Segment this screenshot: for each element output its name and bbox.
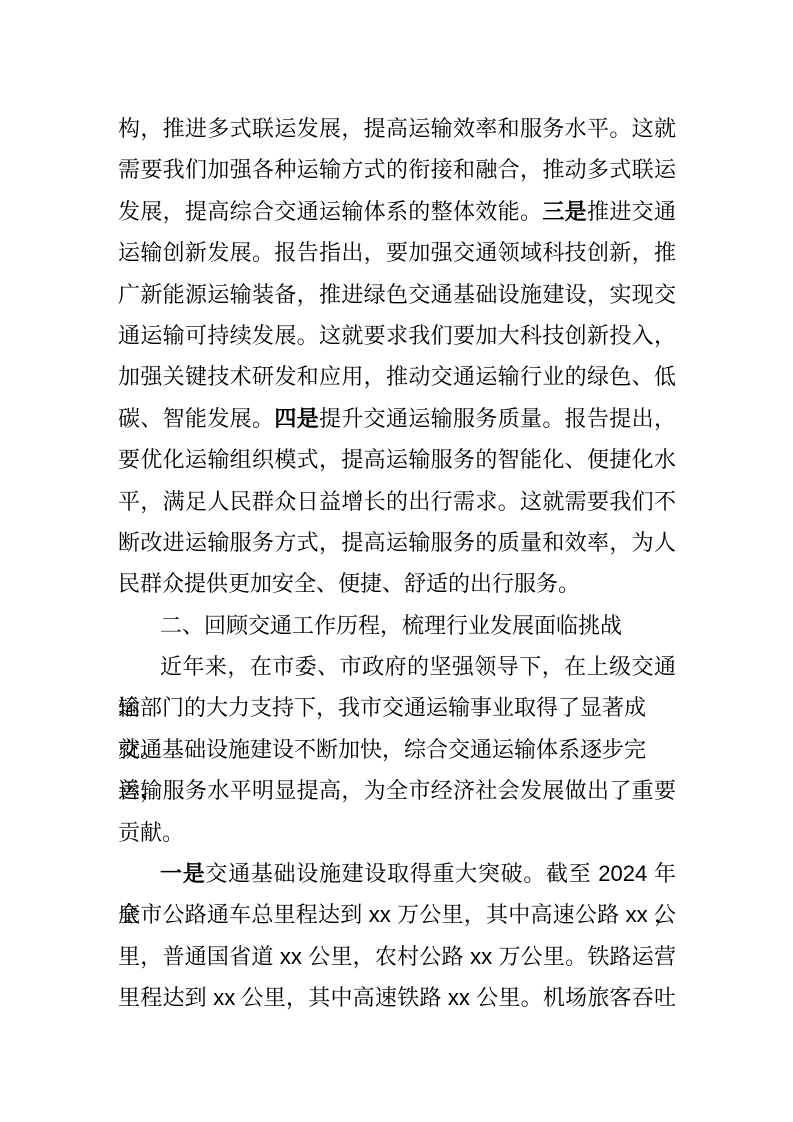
text-line: 平，满足人民群众日益增长的出行需求。这就需要我们不 <box>118 481 676 522</box>
text-run: 运输创新发展。报告指出，要加强交通领域科技创新，推 <box>118 240 676 265</box>
text-line: 交通基础设施建设不断加快，综合交通运输体系逐步完善， <box>118 729 676 770</box>
text-line: 民群众提供更加安全、便捷、舒适的出行服务。 <box>118 563 676 604</box>
text-run: 民群众提供更加安全、便捷、舒适的出行服务。 <box>118 571 580 596</box>
text-line: 贡献。 <box>118 812 676 853</box>
text-run: 发展，提高综合交通运输体系的整体效能。 <box>118 199 542 224</box>
text-line: 输部门的大力支持下，我市交通运输事业取得了显著成就。 <box>118 687 676 728</box>
text-line: 需要我们加强各种运输方式的衔接和融合，推动多式联运 <box>118 149 676 190</box>
text-line: 广新能源运输装备，推进绿色交通基础设施建设，实现交 <box>118 274 676 315</box>
text-run: 断改进运输服务方式，提高运输服务的质量和效率，为人 <box>118 530 676 555</box>
text-run: 贡献。 <box>118 820 184 845</box>
text-line: 一是交通基础设施建设取得重大突破。截至 2024 年底， <box>118 853 676 894</box>
text-run: 提升交通运输服务质量。报告提出， <box>319 406 676 431</box>
text-run: 里程达到 xx 公里，其中高速铁路 xx 公里。机场旅客吞吐 <box>118 985 676 1010</box>
document-body: 构，推进多式联运发展，提高运输效率和服务水平。这就需要我们加强各种运输方式的衔接… <box>118 108 676 1019</box>
text-run: 构，推进多式联运发展，提高运输效率和服务水平。这就 <box>118 116 676 141</box>
text-run: 运输服务水平明显提高，为全市经济社会发展做出了重要 <box>118 778 676 803</box>
text-run: 要优化运输组织模式，提高运输服务的智能化、便捷化水 <box>118 447 676 472</box>
text-line: 近年来，在市委、市政府的坚强领导下，在上级交通运 <box>118 646 676 687</box>
text-run: 二、回顾交通工作历程，梳理行业发展面临挑战 <box>160 613 622 638</box>
text-run: 加强关键技术研发和应用，推动交通运输行业的绿色、低 <box>118 364 676 389</box>
text-line: 运输服务水平明显提高，为全市经济社会发展做出了重要 <box>118 770 676 811</box>
bold-text-run: 四是 <box>274 406 319 431</box>
text-line: 要优化运输组织模式，提高运输服务的智能化、便捷化水 <box>118 439 676 480</box>
text-line: 二、回顾交通工作历程，梳理行业发展面临挑战 <box>118 605 676 646</box>
text-line: 通运输可持续发展。这就要求我们要加大科技创新投入， <box>118 315 676 356</box>
text-line: 加强关键技术研发和应用，推动交通运输行业的绿色、低 <box>118 356 676 397</box>
text-line: 构，推进多式联运发展，提高运输效率和服务水平。这就 <box>118 108 676 149</box>
text-run: 里，普通国省道 xx 公里，农村公路 xx 万公里。铁路运营 <box>118 944 676 969</box>
text-line: 碳、智能发展。四是提升交通运输服务质量。报告提出， <box>118 398 676 439</box>
document-page: 构，推进多式联运发展，提高运输效率和服务水平。这就需要我们加强各种运输方式的衔接… <box>0 0 793 1122</box>
text-run: 通运输可持续发展。这就要求我们要加大科技创新投入， <box>118 323 676 348</box>
bold-text-run: 一是 <box>160 861 205 886</box>
text-line: 断改进运输服务方式，提高运输服务的质量和效率，为人 <box>118 522 676 563</box>
text-run: 全市公路通车总里程达到 xx 万公里，其中高速公路 xx 公 <box>118 902 676 927</box>
text-run: 广新能源运输装备，推进绿色交通基础设施建设，实现交 <box>118 282 676 307</box>
text-run: 需要我们加强各种运输方式的衔接和融合，推动多式联运 <box>118 157 676 182</box>
text-line: 里，普通国省道 xx 公里，农村公路 xx 万公里。铁路运营 <box>118 936 676 977</box>
text-line: 运输创新发展。报告指出，要加强交通领域科技创新，推 <box>118 232 676 273</box>
text-line: 里程达到 xx 公里，其中高速铁路 xx 公里。机场旅客吞吐 <box>118 977 676 1018</box>
bold-text-run: 三是 <box>542 199 587 224</box>
text-run: 推进交通 <box>587 199 676 224</box>
text-run: 平，满足人民群众日益增长的出行需求。这就需要我们不 <box>118 489 676 514</box>
text-line: 全市公路通车总里程达到 xx 万公里，其中高速公路 xx 公 <box>118 894 676 935</box>
text-line: 发展，提高综合交通运输体系的整体效能。三是推进交通 <box>118 191 676 232</box>
text-run: 碳、智能发展。 <box>118 406 274 431</box>
